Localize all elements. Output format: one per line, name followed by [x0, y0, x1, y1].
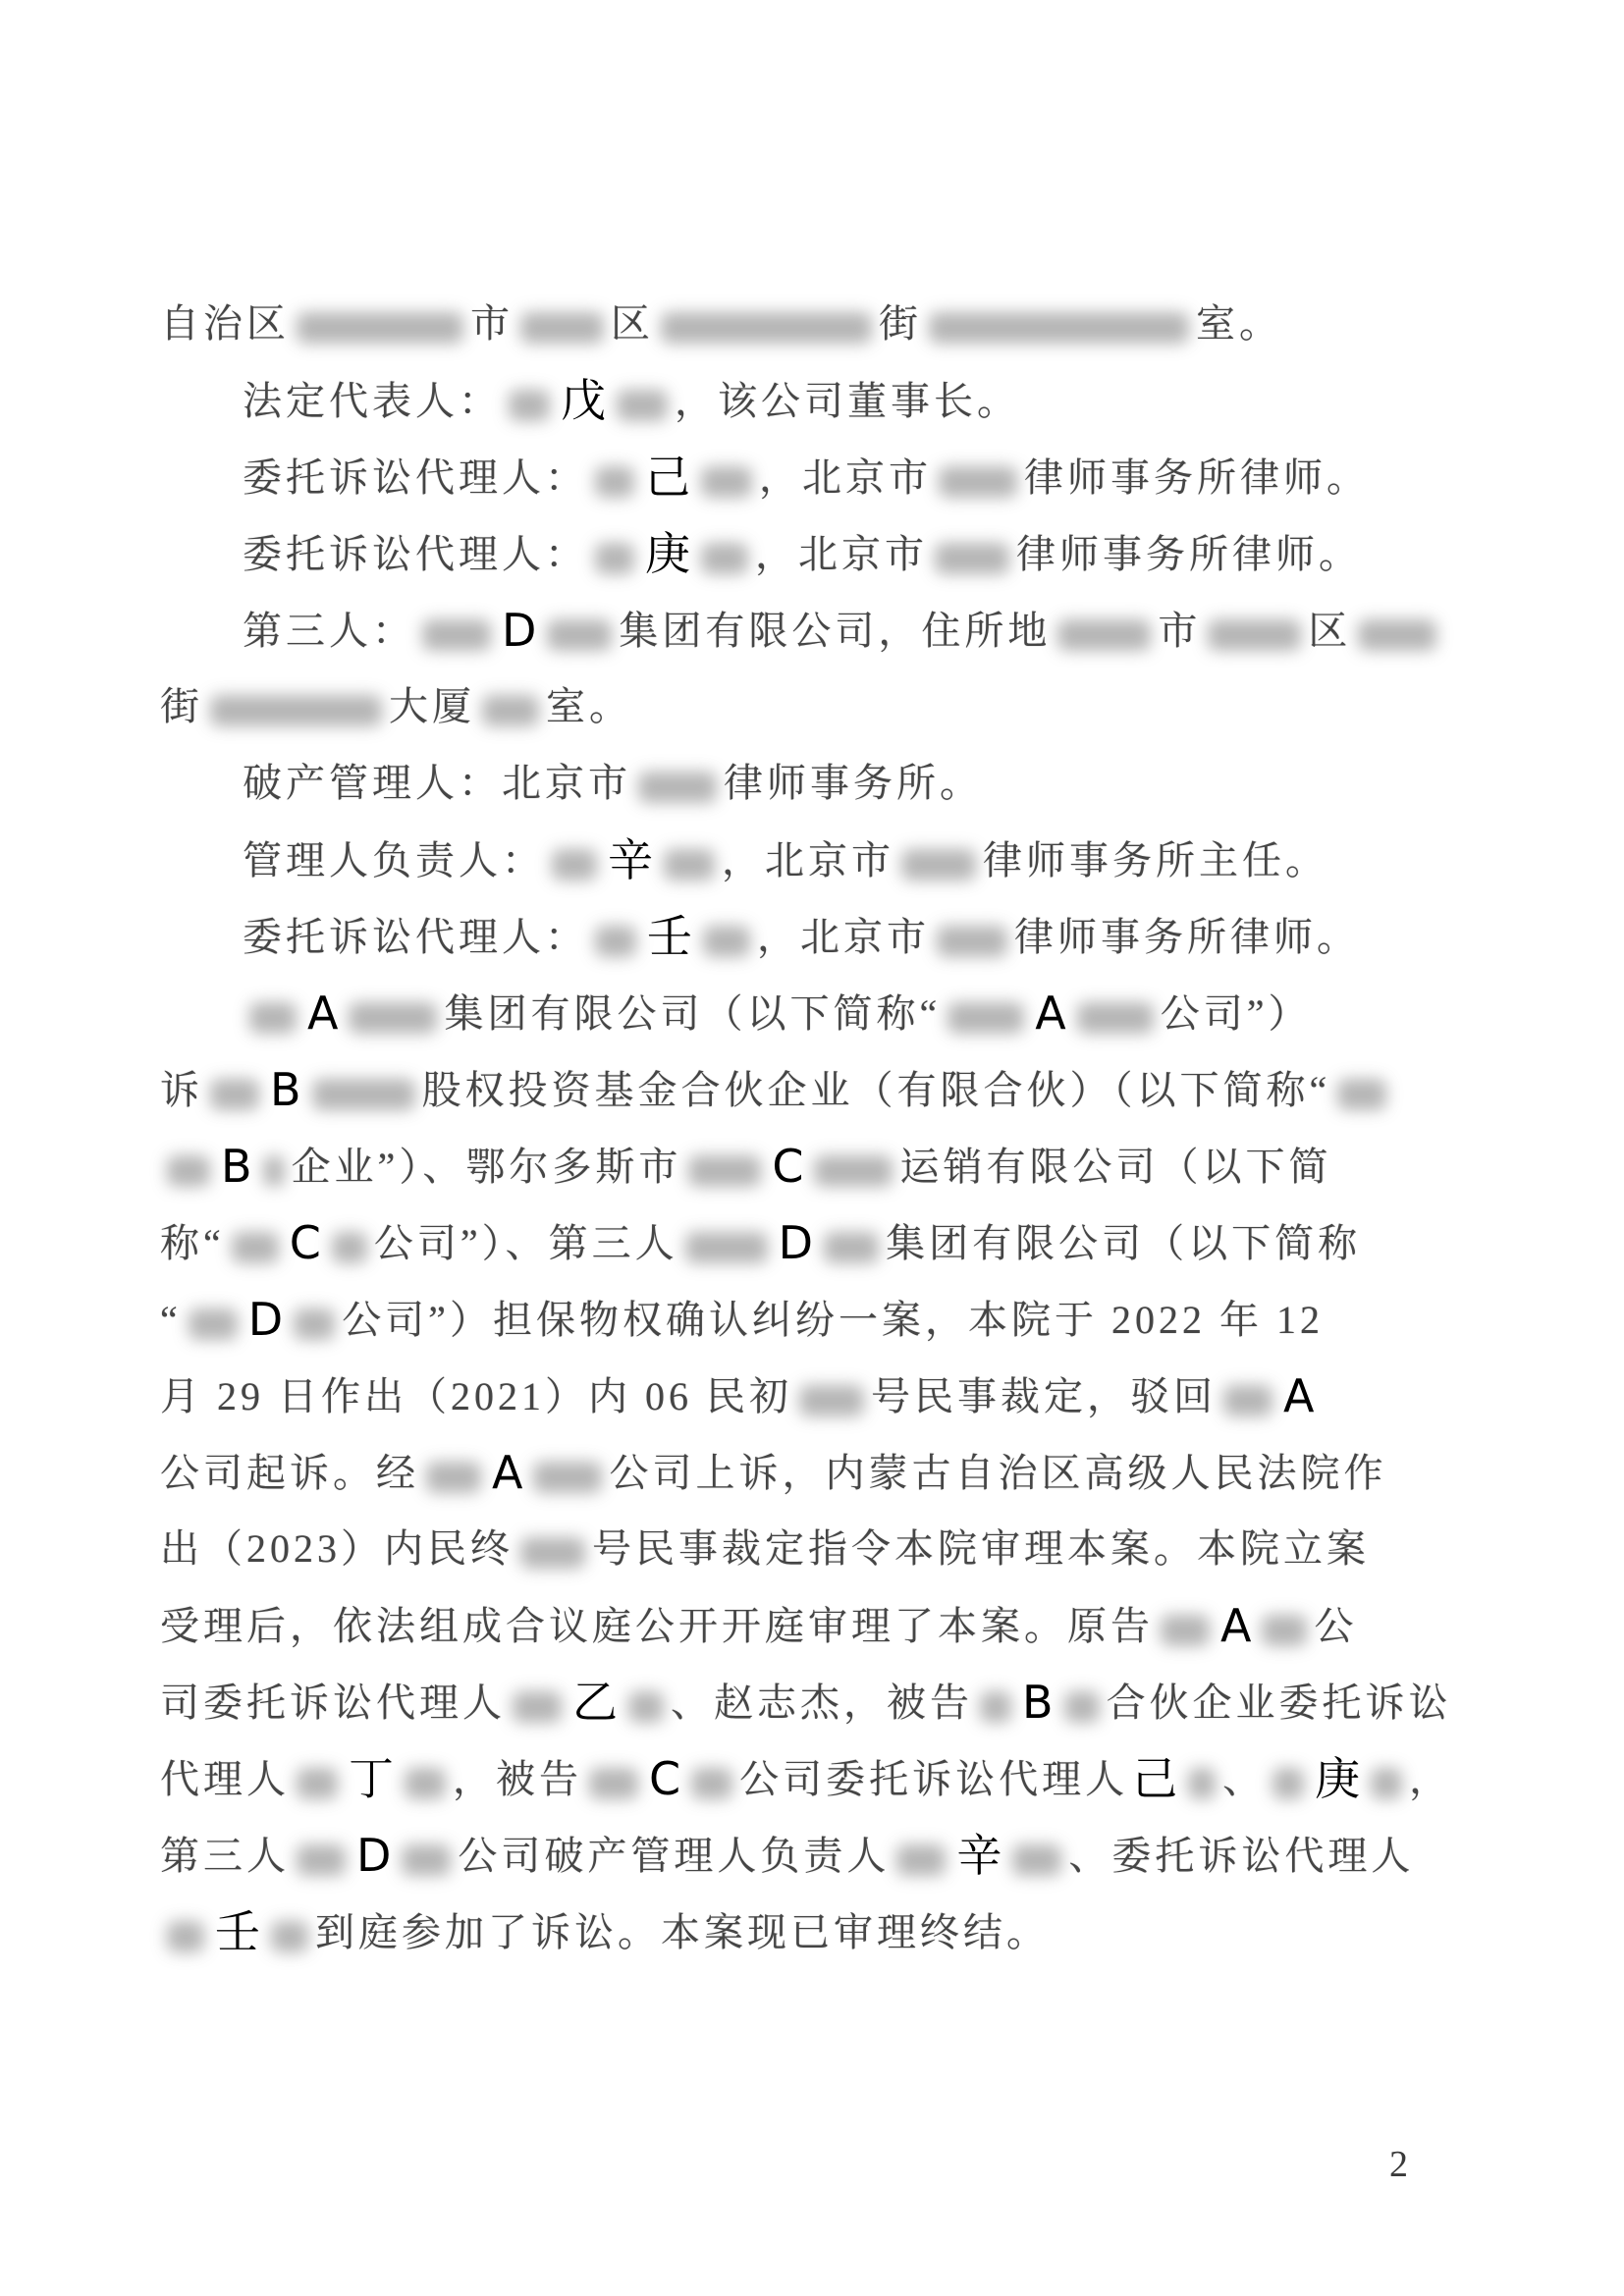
- redaction-blur: [297, 312, 463, 344]
- anonymized-char: A: [492, 1446, 522, 1499]
- redaction-blur: [939, 466, 1017, 498]
- redaction-blur: [294, 1308, 335, 1340]
- redaction-blur: [533, 1462, 602, 1493]
- text-run: 街: [160, 684, 203, 728]
- redaction-blur: [1272, 1768, 1304, 1799]
- redaction-blur: [901, 849, 976, 881]
- text-run: 合伙企业委托诉讼: [1107, 1681, 1452, 1725]
- text-run: 公司”）担保物权确认纠纷一案，本院于 2022 年 12: [342, 1298, 1324, 1342]
- redaction-blur: [617, 390, 668, 421]
- doc-line: 第三人：D集团有限公司，住所地市区: [160, 592, 1488, 668]
- doc-line: 出（2023）内民终号民事裁定指令本院审理本案。本院立案: [160, 1511, 1488, 1587]
- doc-line: 月 29 日作出（2021）内 06 民初号民事裁定，驳回A: [160, 1358, 1488, 1434]
- redaction-blur: [1223, 1385, 1272, 1416]
- text-run: 、: [1222, 1757, 1266, 1801]
- redaction-blur: [232, 1232, 279, 1263]
- redaction-blur: [263, 1155, 285, 1187]
- redaction-blur: [799, 1385, 864, 1416]
- redaction-blur: [405, 1768, 446, 1799]
- redaction-blur: [1012, 1844, 1061, 1876]
- doc-line: 司委托诉讼代理人乙、赵志杰，被告B合伙企业委托诉讼: [160, 1664, 1488, 1740]
- redaction-blur: [520, 312, 604, 344]
- doc-line: 委托诉讼代理人：庚，北京市律师事务所律师。: [160, 515, 1488, 592]
- redaction-blur: [814, 1155, 893, 1187]
- doc-line: B企业”）、鄂尔多斯市C运销有限公司（以下简: [160, 1128, 1488, 1204]
- redaction-blur: [189, 1308, 238, 1340]
- anonymized-char: 乙: [572, 1676, 618, 1729]
- redaction-blur: [595, 543, 634, 574]
- text-run: 公司委托诉讼代理人: [739, 1757, 1128, 1801]
- text-run: 企业”）、鄂尔多斯市: [292, 1145, 682, 1189]
- redaction-blur: [482, 695, 539, 726]
- text-run: ，该公司董事长。: [675, 379, 1020, 423]
- text-run: 律师事务所主任。: [983, 838, 1328, 882]
- anonymized-char: 壬: [215, 1905, 260, 1958]
- redaction-blur: [896, 1844, 946, 1876]
- redaction-blur: [402, 1844, 451, 1876]
- text-run: 、委托诉讼代理人: [1068, 1834, 1414, 1878]
- redaction-blur: [426, 1462, 481, 1493]
- redaction-blur: [1371, 1768, 1402, 1799]
- redaction-blur: [422, 619, 491, 651]
- text-run: 公司起诉。经: [160, 1451, 419, 1495]
- document-body: 自治区市区街室。法定代表人：戊，该公司董事长。委托诉讼代理人：己，北京市律师事务…: [160, 286, 1488, 1970]
- doc-line: 壬到庭参加了诉讼。本案现已审理终结。: [160, 1894, 1488, 1970]
- anonymized-char: C: [290, 1216, 321, 1269]
- redaction-blur: [297, 1844, 346, 1876]
- text-run: 律师事务所律师。: [1016, 532, 1362, 576]
- text-run: 出（2023）内民终: [160, 1526, 514, 1571]
- doc-line: 称“C公司”）、第三人D集团有限公司（以下简称: [160, 1204, 1488, 1281]
- redaction-blur: [1057, 619, 1151, 651]
- text-run: ，被告: [453, 1757, 582, 1801]
- doc-line: 受理后，依法组成合议庭公开开庭审理了本案。原告A公: [160, 1587, 1488, 1664]
- redaction-blur: [1188, 1768, 1216, 1799]
- text-run: 委托诉讼代理人：: [243, 532, 588, 576]
- text-run: 集团有限公司（以下简称“: [444, 991, 941, 1036]
- doc-line: 代理人丁，被告C公司委托诉讼代理人己、庚，: [160, 1740, 1488, 1817]
- redaction-blur: [547, 619, 612, 651]
- redaction-blur: [1064, 1691, 1100, 1723]
- redaction-blur: [701, 466, 752, 498]
- text-run: 代理人: [160, 1757, 290, 1801]
- text-run: 大厦: [389, 684, 475, 728]
- text-run: 市: [1158, 609, 1201, 653]
- redaction-blur: [685, 1232, 768, 1263]
- redaction-blur: [297, 1768, 338, 1799]
- text-run: 称“: [160, 1221, 225, 1265]
- text-run: ，北京市: [757, 915, 930, 959]
- doc-line: “D公司”）担保物权确认纠纷一案，本院于 2022 年 12: [160, 1281, 1488, 1358]
- text-run: 受理后，依法组成合议庭公开开庭审理了本案。原告: [160, 1604, 1154, 1648]
- doc-line: 第三人D公司破产管理人负责人辛、委托诉讼代理人: [160, 1817, 1488, 1894]
- text-run: 、赵志杰，被告: [671, 1681, 973, 1725]
- anonymized-char: D: [502, 604, 536, 657]
- anonymized-char: 丁: [349, 1752, 394, 1805]
- redaction-blur: [509, 390, 550, 421]
- redaction-blur: [332, 1232, 367, 1263]
- redaction-blur: [210, 1079, 259, 1110]
- text-run: 第三人：: [243, 609, 415, 653]
- text-run: 律师事务所律师。: [1014, 915, 1360, 959]
- text-run: 公: [1314, 1604, 1357, 1648]
- redaction-blur: [937, 926, 1007, 957]
- anonymized-char: A: [307, 987, 338, 1040]
- redaction-blur: [1262, 1615, 1307, 1646]
- text-run: ，北京市: [759, 455, 932, 500]
- anonymized-char: B: [270, 1063, 301, 1116]
- anonymized-char: D: [779, 1216, 813, 1269]
- anonymized-char: 壬: [647, 910, 692, 963]
- anonymized-char: B: [1022, 1676, 1054, 1729]
- redaction-blur: [935, 543, 1009, 574]
- redaction-blur: [1208, 619, 1301, 651]
- doc-line: 管理人负责人：辛，北京市律师事务所主任。: [160, 822, 1488, 898]
- text-run: 街: [879, 301, 922, 346]
- redaction-blur: [249, 1002, 297, 1034]
- text-run: 室。: [1196, 301, 1282, 346]
- doc-line: 自治区市区街室。: [160, 286, 1488, 362]
- text-run: 集团有限公司，住所地: [619, 609, 1051, 653]
- anonymized-char: 戊: [561, 374, 606, 427]
- redaction-blur: [691, 1768, 732, 1799]
- redaction-blur: [167, 1155, 210, 1187]
- text-run: 管理人负责人：: [243, 838, 545, 882]
- redaction-blur: [701, 543, 748, 574]
- redaction-blur: [661, 312, 872, 344]
- text-run: 集团有限公司（以下简称: [886, 1221, 1361, 1265]
- anonymized-char: A: [1220, 1599, 1251, 1652]
- anonymized-char: D: [356, 1829, 391, 1882]
- text-run: “: [160, 1298, 182, 1342]
- redaction-blur: [1358, 619, 1436, 651]
- text-run: 委托诉讼代理人：: [243, 915, 588, 959]
- text-run: 律师事务所律师。: [1024, 455, 1370, 500]
- text-run: 市: [470, 301, 514, 346]
- text-run: 公司破产管理人负责人: [458, 1834, 890, 1878]
- redaction-blur: [595, 926, 636, 957]
- doc-line: 公司起诉。经A公司上诉，内蒙古自治区高级人民法院作: [160, 1434, 1488, 1511]
- doc-line: 委托诉讼代理人：壬，北京市律师事务所律师。: [160, 898, 1488, 975]
- redaction-blur: [628, 1691, 664, 1723]
- text-run: 公司上诉，内蒙古自治区高级人民法院作: [609, 1451, 1386, 1495]
- page-number: 2: [1389, 2143, 1408, 2186]
- text-run: 号民事裁定，驳回: [871, 1374, 1217, 1418]
- anonymized-char: A: [1283, 1369, 1314, 1422]
- redaction-blur: [520, 1537, 585, 1569]
- text-run: 公司”）、第三人: [374, 1221, 678, 1265]
- text-run: 运销有限公司（以下简: [899, 1145, 1331, 1189]
- text-run: 号民事裁定指令本院审理本案。本院立案: [592, 1526, 1370, 1571]
- anonymized-char: A: [1035, 987, 1065, 1040]
- redaction-blur: [312, 1079, 415, 1110]
- text-run: ，北京市: [722, 838, 894, 882]
- redaction-blur: [638, 772, 717, 803]
- text-run: 司委托诉讼代理人: [160, 1681, 506, 1725]
- text-run: 月 29 日作出（2021）内 06 民初: [160, 1374, 792, 1418]
- anonymized-char: 己: [645, 451, 690, 504]
- text-run: 股权投资基金合伙企业（有限合伙）（以下简称“: [422, 1068, 1331, 1112]
- text-run: 委托诉讼代理人：: [243, 455, 588, 500]
- text-run: ，: [1409, 1757, 1452, 1801]
- redaction-blur: [947, 1002, 1024, 1034]
- text-run: 律师事务所。: [724, 761, 983, 805]
- redaction-blur: [210, 695, 382, 726]
- redaction-blur: [980, 1691, 1011, 1723]
- text-run: 公司”）: [1161, 991, 1312, 1036]
- text-run: 诉: [160, 1068, 203, 1112]
- text-run: 室。: [546, 684, 632, 728]
- text-run: ，北京市: [755, 532, 928, 576]
- redaction-blur: [167, 1921, 204, 1952]
- anonymized-char: B: [221, 1140, 252, 1193]
- text-run: 到庭参加了诉讼。本案现已审理终结。: [315, 1910, 1050, 1954]
- redaction-blur: [552, 849, 597, 881]
- redaction-blur: [595, 466, 634, 498]
- redaction-blur: [1077, 1002, 1154, 1034]
- anonymized-char: 辛: [956, 1829, 1001, 1882]
- anonymized-char: D: [248, 1293, 283, 1346]
- text-run: 破产管理人：北京市: [243, 761, 631, 805]
- doc-line: 委托诉讼代理人：己，北京市律师事务所律师。: [160, 439, 1488, 515]
- anonymized-char: C: [772, 1140, 803, 1193]
- text-run: 自治区: [160, 301, 290, 346]
- anonymized-char: 庚: [645, 527, 690, 580]
- redaction-blur: [664, 849, 715, 881]
- doc-line: A集团有限公司（以下简称“A公司”）: [160, 975, 1488, 1051]
- anonymized-char: 己: [1132, 1752, 1177, 1805]
- doc-line: 街大厦室。: [160, 668, 1488, 745]
- text-run: 第三人: [160, 1834, 290, 1878]
- text-run: 区: [611, 301, 654, 346]
- anonymized-char: 辛: [608, 833, 653, 886]
- redaction-blur: [1161, 1615, 1210, 1646]
- redaction-blur: [271, 1921, 308, 1952]
- doc-line: 法定代表人：戊，该公司董事长。: [160, 362, 1488, 439]
- redaction-blur: [688, 1155, 761, 1187]
- redaction-blur: [589, 1768, 638, 1799]
- text-run: 区: [1308, 609, 1351, 653]
- redaction-blur: [929, 312, 1189, 344]
- redaction-blur: [824, 1232, 879, 1263]
- redaction-blur: [1337, 1079, 1386, 1110]
- anonymized-char: C: [649, 1752, 680, 1805]
- text-run: 法定代表人：: [243, 379, 502, 423]
- doc-line: 诉B股权投资基金合伙企业（有限合伙）（以下简称“: [160, 1051, 1488, 1128]
- doc-line: 破产管理人：北京市律师事务所。: [160, 745, 1488, 822]
- document-page: 自治区市区街室。法定代表人：戊，该公司董事长。委托诉讼代理人：己，北京市律师事务…: [0, 0, 1624, 2296]
- redaction-blur: [703, 926, 750, 957]
- anonymized-char: 庚: [1315, 1752, 1360, 1805]
- redaction-blur: [349, 1002, 437, 1034]
- redaction-blur: [513, 1691, 562, 1723]
